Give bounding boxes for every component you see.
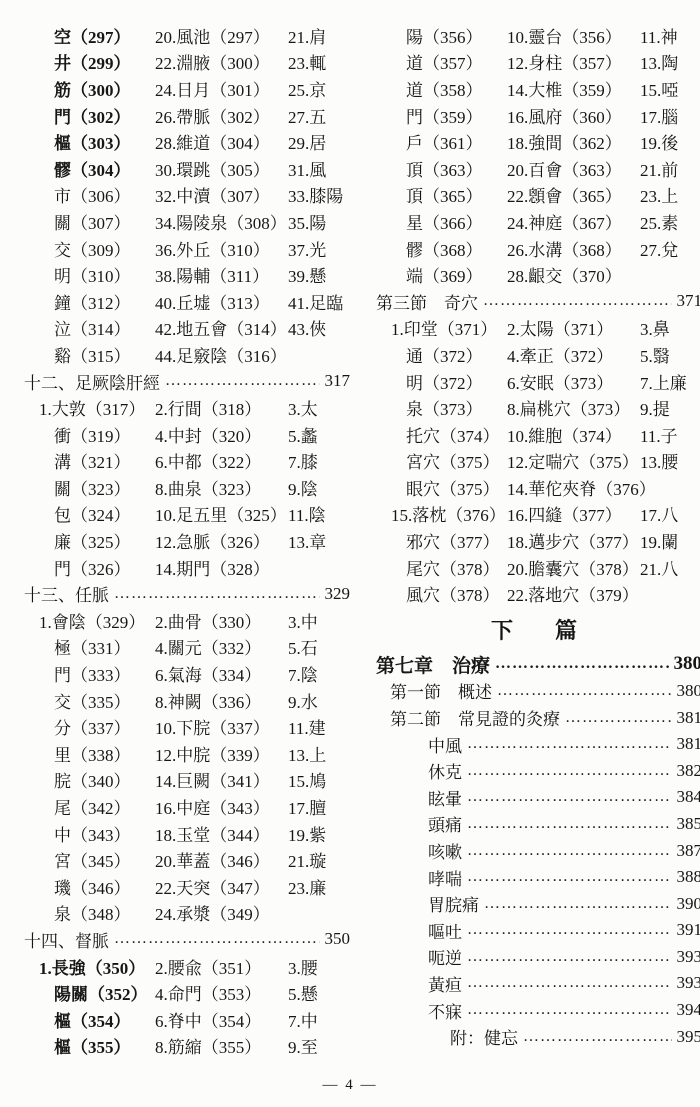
point-entry-cell: 5.翳 bbox=[640, 342, 670, 367]
point-entry-cell: 脘（340） bbox=[54, 767, 155, 792]
toc-page-ref: 380 bbox=[674, 653, 700, 675]
point-entry-cell: 宮穴（375） bbox=[406, 448, 507, 473]
toc-heading-row-item: 中風……………………………………………………………………………………………………… bbox=[376, 731, 700, 758]
point-entry-cell: 34.陽陵泉（308） bbox=[155, 209, 288, 234]
point-entry-row: 宮穴（375）12.定喘穴（375）13.腰 bbox=[376, 448, 700, 475]
point-entry-cell: 頂（363） bbox=[406, 156, 507, 181]
toc-page-ref: 390 bbox=[677, 894, 700, 914]
point-entry-row: 道（358）14.大椎（359）15.啞 bbox=[376, 75, 700, 102]
point-entry-cell: 井（299） bbox=[54, 49, 155, 74]
point-entry-cell: 12.定喘穴（375） bbox=[507, 448, 640, 473]
point-entry-cell: 21.前 bbox=[640, 156, 678, 181]
toc-title: 第二節 常見證的灸療 bbox=[390, 705, 560, 730]
toc-heading-row-item: 哮喘……………………………………………………………………………………………………… bbox=[376, 864, 700, 891]
point-entry-cell: 23.輒 bbox=[288, 49, 326, 74]
point-entry-cell: 頂（365） bbox=[406, 182, 507, 207]
toc-heading-row-part: 十四、督脈……………………………………………………………………………………………… bbox=[24, 926, 350, 953]
point-entry-cell: 谿（315） bbox=[54, 342, 155, 367]
point-entry-cell: 18.邁步穴（377） bbox=[507, 528, 640, 553]
point-entry-cell: 24.神庭（367） bbox=[507, 209, 640, 234]
point-entry-cell: 43.俠 bbox=[288, 315, 326, 340]
point-entry-cell: 13.章 bbox=[288, 528, 326, 553]
toc-page-ref: 385 bbox=[677, 814, 700, 834]
dot-leader: ………………………………………………………………………………………………………… bbox=[467, 868, 672, 886]
point-entry-row: 門（326）14.期門（328） bbox=[24, 554, 350, 581]
point-entry-row: 谿（315）44.足竅陰（316） bbox=[24, 341, 350, 368]
point-entry-cell: 6.脊中（354） bbox=[155, 1007, 288, 1032]
point-entry-cell: 極（331） bbox=[54, 634, 155, 659]
point-entry-row: 門（359）16.風府（360）17.腦 bbox=[376, 102, 700, 129]
point-entry-cell: 尾（342） bbox=[54, 794, 155, 819]
point-entry-cell: 7.上廉 bbox=[640, 369, 687, 394]
point-entry-cell: 14.巨闕（341） bbox=[155, 767, 288, 792]
point-entry-cell: 19.後 bbox=[640, 129, 678, 154]
point-entry-row: 頂（365）22.顖會（365）23.上 bbox=[376, 182, 700, 209]
toc-page-ref: 317 bbox=[325, 371, 351, 391]
point-entry-cell: 9.至 bbox=[288, 1033, 318, 1058]
point-entry-row: 關（323）8.曲泉（323）9.陰 bbox=[24, 474, 350, 501]
toc-title: 第一節 概述 bbox=[390, 678, 492, 703]
toc-heading-row-item: 嘔吐……………………………………………………………………………………………………… bbox=[376, 917, 700, 944]
point-entry-cell: 27.兌 bbox=[640, 236, 678, 261]
point-entry-row: 戶（361）18.強間（362）19.後 bbox=[376, 128, 700, 155]
point-entry-cell: 4.中封（320） bbox=[155, 422, 288, 447]
toc-title: 附：健忘 bbox=[450, 1024, 518, 1049]
point-entry-cell: 15.鳩 bbox=[288, 767, 326, 792]
point-entry-cell: 里（338） bbox=[54, 741, 155, 766]
point-entry-cell: 26.帶脈（302） bbox=[155, 103, 288, 128]
point-entry-cell: 11.建 bbox=[288, 714, 326, 739]
point-entry-row: 邪穴（377）18.邁步穴（377）19.闌 bbox=[376, 527, 700, 554]
point-entry-cell: 6.中都（322） bbox=[155, 448, 288, 473]
toc-page-ref: 393 bbox=[677, 947, 700, 967]
point-entry-cell: 20.華蓋（346） bbox=[155, 847, 288, 872]
point-entry-row: 尾穴（378）20.膽囊穴（378）21.八 bbox=[376, 554, 700, 581]
point-entry-cell: 3.中 bbox=[288, 608, 318, 633]
dot-leader: ………………………………………………………………………………………………………… bbox=[483, 292, 672, 310]
toc-page-ref: 381 bbox=[677, 734, 700, 754]
point-entry-cell: 道（358） bbox=[406, 76, 507, 101]
point-entry-cell: 交（335） bbox=[54, 688, 155, 713]
point-entry-cell: 10.足五里（325） bbox=[155, 501, 288, 526]
dot-leader: ………………………………………………………………………………………………………… bbox=[565, 709, 672, 727]
toc-title: 頭痛 bbox=[428, 811, 462, 836]
point-entry-cell: 分（337） bbox=[54, 714, 155, 739]
point-entry-cell: 17.八 bbox=[640, 501, 678, 526]
point-entry-row: 明（310）38.陽輔（311）39.懸 bbox=[24, 261, 350, 288]
toc-heading-row-section: 第二節 常見證的灸療………………………………………………………………………………… bbox=[376, 704, 700, 731]
point-entry-row: 極（331）4.關元（332）5.石 bbox=[24, 634, 350, 661]
toc-heading-row-part: 十二、足厥陰肝經……………………………………………………………………………………… bbox=[24, 368, 350, 395]
point-entry-cell: 明（310） bbox=[54, 262, 155, 287]
point-entry-cell: 9.提 bbox=[640, 395, 670, 420]
point-entry-row: 星（366）24.神庭（367）25.素 bbox=[376, 208, 700, 235]
point-entry-row: 里（338）12.中脘（339）13.上 bbox=[24, 740, 350, 767]
dot-leader: ………………………………………………………………………………………………………… bbox=[114, 930, 320, 948]
right-column: 陽（356）10.靈台（356）11.神道（357）12.身柱（357）13.陶… bbox=[376, 22, 700, 1059]
point-entry-cell: 15.落枕（376） bbox=[391, 501, 507, 526]
point-entry-cell: 41.足臨 bbox=[288, 289, 343, 314]
point-entry-cell: 22.落地穴（379） bbox=[507, 581, 640, 606]
point-entry-cell: 1.長強（350） bbox=[39, 954, 155, 979]
point-entry-cell: 5.石 bbox=[288, 634, 318, 659]
dot-leader: ………………………………………………………………………………………………………… bbox=[467, 735, 672, 753]
point-entry-cell: 托穴（374） bbox=[406, 422, 507, 447]
point-entry-cell: 23.上 bbox=[640, 182, 678, 207]
point-entry-row: 中（343）18.玉堂（344）19.紫 bbox=[24, 820, 350, 847]
point-entry-cell: 8.曲泉（323） bbox=[155, 475, 288, 500]
point-entry-cell: 31.風 bbox=[288, 156, 326, 181]
toc-heading-row-part: 第三節 奇穴…………………………………………………………………………………………… bbox=[376, 288, 700, 315]
point-entry-row: 市（306）32.中瀆（307）33.膝陽 bbox=[24, 182, 350, 209]
point-entry-cell: 36.外丘（310） bbox=[155, 236, 288, 261]
point-entry-row: 筋（300）24.日月（301）25.京 bbox=[24, 75, 350, 102]
point-entry-row: 通（372）4.牽正（372）5.翳 bbox=[376, 341, 700, 368]
point-entry-cell: 樞（355） bbox=[54, 1033, 155, 1058]
toc-heading-row-chapter: 第七章 治療…………………………………………………………………………………………… bbox=[376, 651, 700, 678]
point-entry-row: 風穴（378）22.落地穴（379） bbox=[376, 580, 700, 607]
point-entry-cell: 交（309） bbox=[54, 236, 155, 261]
point-entry-row: 托穴（374）10.維胞（374）11.子 bbox=[376, 421, 700, 448]
toc-title: 哮喘 bbox=[428, 865, 462, 890]
point-entry-row: 分（337）10.下脘（337）11.建 bbox=[24, 713, 350, 740]
point-entry-cell: 18.強間（362） bbox=[507, 129, 640, 154]
point-entry-cell: 璣（346） bbox=[54, 874, 155, 899]
point-entry-cell: 13.上 bbox=[288, 741, 326, 766]
point-entry-row: 包（324）10.足五里（325）11.陰 bbox=[24, 501, 350, 528]
toc-title: 呃逆 bbox=[428, 944, 462, 969]
point-entry-row: 衝（319）4.中封（320）5.蠡 bbox=[24, 421, 350, 448]
footer-page-number: — 4 — bbox=[0, 1077, 700, 1094]
point-entry-cell: 泣（314） bbox=[54, 315, 155, 340]
point-entry-cell: 5.懸 bbox=[288, 980, 318, 1005]
toc-page-ref: 380 bbox=[677, 681, 700, 701]
point-entry-row: 明（372）6.安眠（373）7.上廉 bbox=[376, 368, 700, 395]
point-entry-row: 陽關（352）4.命門（353）5.懸 bbox=[24, 979, 350, 1006]
point-entry-cell: 21.璇 bbox=[288, 847, 326, 872]
point-entry-cell: 中（343） bbox=[54, 821, 155, 846]
toc-page-ref: 381 bbox=[677, 708, 700, 728]
point-entry-cell: 3.鼻 bbox=[640, 315, 670, 340]
dot-leader: ………………………………………………………………………………………………………… bbox=[467, 921, 672, 939]
point-entry-cell: 25.京 bbox=[288, 76, 326, 101]
point-entry-row: 端（369）28.齦交（370） bbox=[376, 261, 700, 288]
point-entry-cell: 14.華佗夾脊（376） bbox=[507, 475, 656, 500]
point-entry-cell: 衝（319） bbox=[54, 422, 155, 447]
point-entry-row: 門（333）6.氣海（334）7.陰 bbox=[24, 660, 350, 687]
dot-leader: ………………………………………………………………………………………………………… bbox=[484, 895, 672, 913]
point-entry-cell: 10.維胞（374） bbox=[507, 422, 640, 447]
dot-leader: ………………………………………………………………………………………………………… bbox=[497, 682, 672, 700]
point-entry-cell: 35.陽 bbox=[288, 209, 326, 234]
point-entry-cell: 17.膻 bbox=[288, 794, 326, 819]
toc-page-ref: 394 bbox=[677, 1000, 700, 1020]
toc-heading-row-part: 十三、任脈……………………………………………………………………………………………… bbox=[24, 580, 350, 607]
point-entry-cell: 樞（354） bbox=[54, 1007, 155, 1032]
toc-heading-row-item: 胃脘痛…………………………………………………………………………………………………… bbox=[376, 890, 700, 917]
point-entry-cell: 9.水 bbox=[288, 688, 318, 713]
point-entry-cell: 21.肩 bbox=[288, 23, 326, 48]
point-entry-row: 1.會陰（329）2.曲骨（330）3.中 bbox=[24, 607, 350, 634]
point-entry-row: 髎（304）30.環跳（305）31.風 bbox=[24, 155, 350, 182]
toc-title: 休克 bbox=[428, 758, 462, 783]
point-entry-cell: 16.四縫（377） bbox=[507, 501, 640, 526]
point-entry-cell: 12.中脘（339） bbox=[155, 741, 288, 766]
toc-title: 十四、督脈 bbox=[24, 927, 109, 952]
point-entry-cell: 關（323） bbox=[54, 475, 155, 500]
point-entry-cell: 9.陰 bbox=[288, 475, 318, 500]
point-entry-cell: 16.中庭（343） bbox=[155, 794, 288, 819]
point-entry-row: 1.大敦（317）2.行間（318）3.太 bbox=[24, 394, 350, 421]
point-entry-cell: 門（326） bbox=[54, 555, 155, 580]
toc-heading-row-item: 頭痛……………………………………………………………………………………………………… bbox=[376, 811, 700, 838]
point-entry-cell: 16.風府（360） bbox=[507, 103, 640, 128]
point-entry-cell: 37.光 bbox=[288, 236, 326, 261]
point-entry-cell: 6.氣海（334） bbox=[155, 661, 288, 686]
toc-title: 第七章 治療 bbox=[376, 651, 490, 678]
point-entry-cell: 18.玉堂（344） bbox=[155, 821, 288, 846]
point-entry-cell: 3.太 bbox=[288, 395, 318, 420]
point-entry-cell: 邪穴（377） bbox=[406, 528, 507, 553]
point-entry-cell: 2.曲骨（330） bbox=[155, 608, 288, 633]
point-entry-row: 陽（356）10.靈台（356）11.神 bbox=[376, 22, 700, 49]
point-entry-cell: 19.紫 bbox=[288, 821, 326, 846]
point-entry-row: 15.落枕（376）16.四縫（377）17.八 bbox=[376, 501, 700, 528]
point-entry-cell: 10.下脘（337） bbox=[155, 714, 288, 739]
point-entry-cell: 風穴（378） bbox=[406, 581, 507, 606]
point-entry-cell: 7.膝 bbox=[288, 448, 318, 473]
point-entry-row: 眼穴（375）14.華佗夾脊（376） bbox=[376, 474, 700, 501]
point-entry-cell: 25.素 bbox=[640, 209, 678, 234]
point-entry-cell: 關（307） bbox=[54, 209, 155, 234]
point-entry-cell: 1.大敦（317） bbox=[39, 395, 155, 420]
toc-page: 空（297）20.風池（297）21.肩井（299）22.淵腋（300）23.輒… bbox=[0, 0, 700, 1059]
toc-title: 十三、任脈 bbox=[24, 581, 109, 606]
point-entry-row: 頂（363）20.百會（363）21.前 bbox=[376, 155, 700, 182]
point-entry-cell: 泉（348） bbox=[54, 900, 155, 925]
point-entry-cell: 33.膝陽 bbox=[288, 182, 343, 207]
point-entry-cell: 10.靈台（356） bbox=[507, 23, 640, 48]
point-entry-cell: 11.神 bbox=[640, 23, 678, 48]
point-entry-cell: 22.顖會（365） bbox=[507, 182, 640, 207]
point-entry-cell: 空（297） bbox=[54, 23, 155, 48]
point-entry-row: 泉（373）8.扁桃穴（373）9.提 bbox=[376, 394, 700, 421]
toc-title: 咳嗽 bbox=[428, 838, 462, 863]
dot-leader: ………………………………………………………………………………………………………… bbox=[467, 948, 672, 966]
point-entry-cell: 1.印堂（371） bbox=[391, 315, 507, 340]
point-entry-cell: 27.五 bbox=[288, 103, 326, 128]
point-entry-cell: 38.陽輔（311） bbox=[155, 262, 288, 287]
toc-page-ref: 391 bbox=[677, 920, 700, 940]
point-entry-cell: 4.牽正（372） bbox=[507, 342, 640, 367]
point-entry-cell: 陽（356） bbox=[406, 23, 507, 48]
point-entry-row: 1.印堂（371）2.太陽（371）3.鼻 bbox=[376, 315, 700, 342]
toc-heading-row-item: 呃逆……………………………………………………………………………………………………… bbox=[376, 944, 700, 971]
point-entry-cell: 13.腰 bbox=[640, 448, 678, 473]
dot-leader: ………………………………………………………………………………………………………… bbox=[467, 1001, 672, 1019]
point-entry-cell: 22.天突（347） bbox=[155, 874, 288, 899]
point-entry-cell: 30.環跳（305） bbox=[155, 156, 288, 181]
point-entry-cell: 市（306） bbox=[54, 182, 155, 207]
point-entry-cell: 3.腰 bbox=[288, 954, 318, 979]
dot-leader: ………………………………………………………………………………………………………… bbox=[523, 1028, 672, 1046]
toc-page-ref: 388 bbox=[677, 867, 700, 887]
point-entry-cell: 2.太陽（371） bbox=[507, 315, 640, 340]
point-entry-cell: 12.身柱（357） bbox=[507, 49, 640, 74]
toc-title: 眩暈 bbox=[428, 785, 462, 810]
point-entry-row: 泣（314）42.地五會（314）43.俠 bbox=[24, 315, 350, 342]
point-entry-cell: 筋（300） bbox=[54, 76, 155, 101]
point-entry-cell: 樞（303） bbox=[54, 129, 155, 154]
point-entry-cell: 戶（361） bbox=[406, 129, 507, 154]
point-entry-cell: 2.腰兪（351） bbox=[155, 954, 288, 979]
point-entry-row: 井（299）22.淵腋（300）23.輒 bbox=[24, 49, 350, 76]
toc-heading-row-section: 第一節 概述…………………………………………………………………………………………… bbox=[376, 678, 700, 705]
point-entry-row: 鐘（312）40.丘墟（313）41.足臨 bbox=[24, 288, 350, 315]
toc-heading-row-item: 不寐……………………………………………………………………………………………………… bbox=[376, 997, 700, 1024]
toc-page-ref: 395 bbox=[677, 1027, 700, 1047]
point-entry-cell: 1.會陰（329） bbox=[39, 608, 155, 633]
point-entry-cell: 7.中 bbox=[288, 1007, 318, 1032]
point-entry-row: 空（297）20.風池（297）21.肩 bbox=[24, 22, 350, 49]
point-entry-row: 門（302）26.帶脈（302）27.五 bbox=[24, 102, 350, 129]
point-entry-cell: 門（359） bbox=[406, 103, 507, 128]
point-entry-row: 脘（340）14.巨闕（341）15.鳩 bbox=[24, 767, 350, 794]
point-entry-cell: 44.足竅陰（316） bbox=[155, 342, 288, 367]
point-entry-cell: 21.八 bbox=[640, 555, 678, 580]
point-entry-cell: 廉（325） bbox=[54, 528, 155, 553]
part-heading: 下 篇 bbox=[376, 607, 700, 651]
point-entry-cell: 星（366） bbox=[406, 209, 507, 234]
point-entry-cell: 門（333） bbox=[54, 661, 155, 686]
point-entry-cell: 28.維道（304） bbox=[155, 129, 288, 154]
point-entry-cell: 14.大椎（359） bbox=[507, 76, 640, 101]
point-entry-cell: 17.腦 bbox=[640, 103, 678, 128]
toc-page-ref: 382 bbox=[677, 761, 700, 781]
point-entry-cell: 端（369） bbox=[406, 262, 507, 287]
point-entry-row: 尾（342）16.中庭（343）17.膻 bbox=[24, 793, 350, 820]
point-entry-row: 交（335）8.神闕（336）9.水 bbox=[24, 687, 350, 714]
toc-page-ref: 329 bbox=[325, 584, 351, 604]
point-entry-row: 溝（321）6.中都（322）7.膝 bbox=[24, 448, 350, 475]
toc-title: 中風 bbox=[428, 732, 462, 757]
point-entry-cell: 8.神闕（336） bbox=[155, 688, 288, 713]
toc-heading-row-item: 黃疸……………………………………………………………………………………………………… bbox=[376, 970, 700, 997]
toc-heading-row-sub: 附：健忘………………………………………………………………………………………………… bbox=[376, 1023, 700, 1050]
toc-title: 嘔吐 bbox=[428, 918, 462, 943]
point-entry-cell: 門（302） bbox=[54, 103, 155, 128]
point-entry-cell: 14.期門（328） bbox=[155, 555, 288, 580]
toc-page-ref: 371 bbox=[677, 291, 700, 311]
point-entry-cell: 11.子 bbox=[640, 422, 678, 447]
point-entry-cell: 溝（321） bbox=[54, 448, 155, 473]
dot-leader: ………………………………………………………………………………………………………… bbox=[495, 655, 668, 673]
point-entry-cell: 39.懸 bbox=[288, 262, 326, 287]
part-heading-text: 下 篇 bbox=[491, 614, 587, 645]
point-entry-row: 關（307）34.陽陵泉（308）35.陽 bbox=[24, 208, 350, 235]
point-entry-cell: 24.承漿（349） bbox=[155, 900, 288, 925]
dot-leader: ………………………………………………………………………………………………………… bbox=[467, 815, 672, 833]
point-entry-cell: 7.陰 bbox=[288, 661, 318, 686]
point-entry-cell: 眼穴（375） bbox=[406, 475, 507, 500]
toc-heading-row-item: 休克……………………………………………………………………………………………………… bbox=[376, 757, 700, 784]
point-entry-cell: 泉（373） bbox=[406, 395, 507, 420]
point-entry-cell: 髎（368） bbox=[406, 236, 507, 261]
point-entry-cell: 5.蠡 bbox=[288, 422, 318, 447]
point-entry-cell: 尾穴（378） bbox=[406, 555, 507, 580]
point-entry-row: 交（309）36.外丘（310）37.光 bbox=[24, 235, 350, 262]
dot-leader: ………………………………………………………………………………………………………… bbox=[467, 974, 672, 992]
toc-page-ref: 350 bbox=[325, 929, 351, 949]
point-entry-cell: 20.膽囊穴（378） bbox=[507, 555, 640, 580]
dot-leader: ………………………………………………………………………………………………………… bbox=[467, 842, 672, 860]
point-entry-cell: 26.水溝（368） bbox=[507, 236, 640, 261]
point-entry-cell: 32.中瀆（307） bbox=[155, 182, 288, 207]
point-entry-cell: 髎（304） bbox=[54, 156, 155, 181]
point-entry-cell: 宮（345） bbox=[54, 847, 155, 872]
toc-title: 胃脘痛 bbox=[428, 891, 479, 916]
point-entry-cell: 28.齦交（370） bbox=[507, 262, 640, 287]
toc-page-ref: 387 bbox=[677, 841, 700, 861]
point-entry-cell: 15.啞 bbox=[640, 76, 678, 101]
point-entry-cell: 20.風池（297） bbox=[155, 23, 288, 48]
point-entry-cell: 鐘（312） bbox=[54, 289, 155, 314]
point-entry-row: 泉（348）24.承漿（349） bbox=[24, 900, 350, 927]
point-entry-cell: 23.廉 bbox=[288, 874, 326, 899]
point-entry-cell: 8.扁桃穴（373） bbox=[507, 395, 640, 420]
point-entry-cell: 20.百會（363） bbox=[507, 156, 640, 181]
point-entry-cell: 12.急脈（326） bbox=[155, 528, 288, 553]
point-entry-row: 髎（368）26.水溝（368）27.兌 bbox=[376, 235, 700, 262]
toc-title: 第三節 奇穴 bbox=[376, 289, 478, 314]
toc-title: 不寐 bbox=[428, 998, 462, 1023]
point-entry-cell: 4.命門（353） bbox=[155, 980, 288, 1005]
dot-leader: ………………………………………………………………………………………………………… bbox=[467, 788, 672, 806]
point-entry-cell: 13.陶 bbox=[640, 49, 678, 74]
point-entry-cell: 40.丘墟（313） bbox=[155, 289, 288, 314]
point-entry-row: 樞（303）28.維道（304）29.居 bbox=[24, 128, 350, 155]
point-entry-cell: 6.安眠（373） bbox=[507, 369, 640, 394]
toc-page-ref: 384 bbox=[677, 787, 700, 807]
toc-title: 黃疸 bbox=[428, 971, 462, 996]
point-entry-cell: 陽關（352） bbox=[54, 980, 155, 1005]
point-entry-cell: 道（357） bbox=[406, 49, 507, 74]
point-entry-cell: 2.行間（318） bbox=[155, 395, 288, 420]
point-entry-row: 1.長強（350）2.腰兪（351）3.腰 bbox=[24, 953, 350, 980]
point-entry-cell: 24.日月（301） bbox=[155, 76, 288, 101]
toc-title: 十二、足厥陰肝經 bbox=[24, 369, 160, 394]
point-entry-row: 樞（354）6.脊中（354）7.中 bbox=[24, 1006, 350, 1033]
toc-heading-row-item: 咳嗽……………………………………………………………………………………………………… bbox=[376, 837, 700, 864]
point-entry-cell: 11.陰 bbox=[288, 501, 326, 526]
toc-heading-row-item: 眩暈……………………………………………………………………………………………………… bbox=[376, 784, 700, 811]
point-entry-cell: 通（372） bbox=[406, 342, 507, 367]
point-entry-cell: 22.淵腋（300） bbox=[155, 49, 288, 74]
point-entry-cell: 29.居 bbox=[288, 129, 326, 154]
point-entry-cell: 8.筋縮（355） bbox=[155, 1033, 288, 1058]
dot-leader: ………………………………………………………………………………………………………… bbox=[467, 762, 672, 780]
left-column: 空（297）20.風池（297）21.肩井（299）22.淵腋（300）23.輒… bbox=[24, 22, 350, 1059]
point-entry-row: 廉（325）12.急脈（326）13.章 bbox=[24, 527, 350, 554]
point-entry-row: 樞（355）8.筋縮（355）9.至 bbox=[24, 1033, 350, 1060]
toc-page-ref: 393 bbox=[677, 973, 700, 993]
point-entry-cell: 包（324） bbox=[54, 501, 155, 526]
point-entry-cell: 4.關元（332） bbox=[155, 634, 288, 659]
point-entry-cell: 19.闌 bbox=[640, 528, 678, 553]
point-entry-cell: 42.地五會（314） bbox=[155, 315, 288, 340]
point-entry-row: 道（357）12.身柱（357）13.陶 bbox=[376, 49, 700, 76]
dot-leader: ………………………………………………………………………………………………………… bbox=[114, 585, 320, 603]
